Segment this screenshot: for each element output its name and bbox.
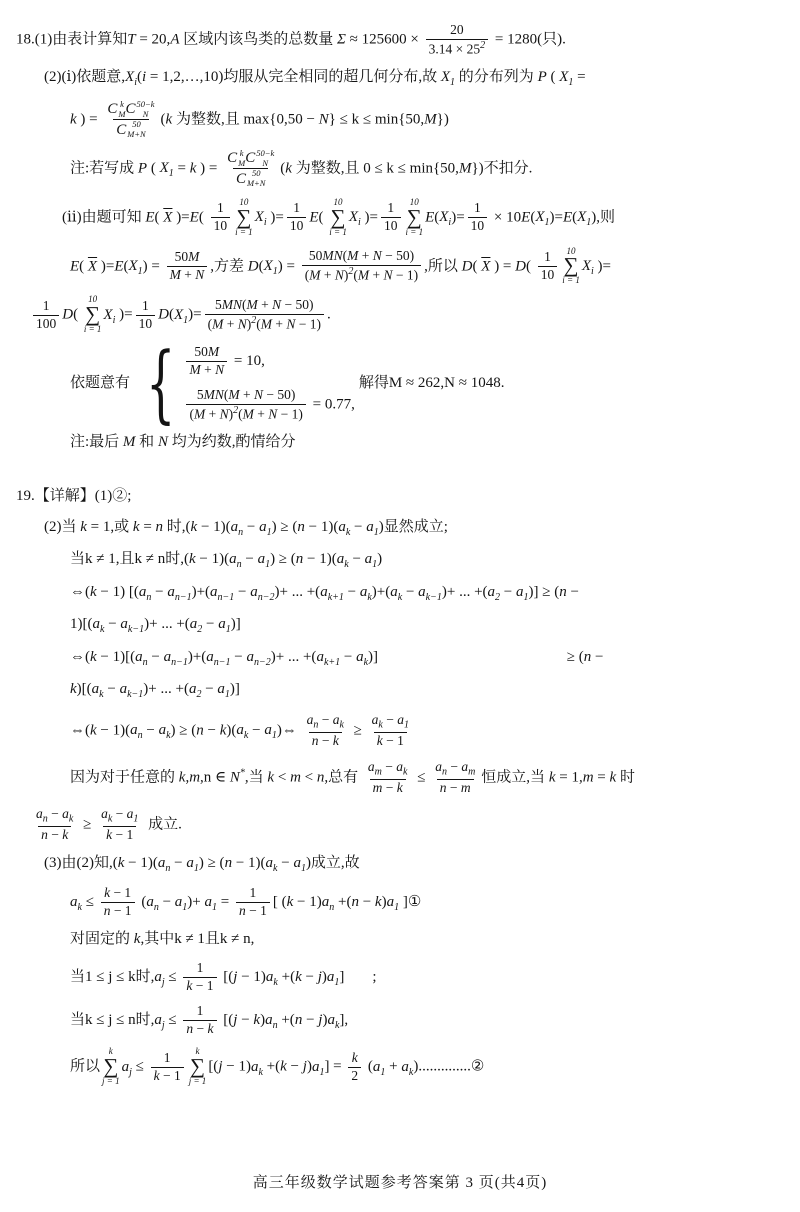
fraction-numerator: 1 bbox=[247, 885, 260, 902]
math-fraction: 1k − 1 bbox=[151, 1050, 184, 1085]
math-variable: E bbox=[521, 209, 530, 225]
math-variable: k bbox=[352, 1050, 358, 1065]
math-subscripted: ak bbox=[360, 582, 372, 606]
math-text: 1 bbox=[250, 885, 257, 900]
math-subscript: k+1 bbox=[324, 657, 340, 668]
sigma-symbol: ∑ bbox=[564, 256, 579, 276]
math-text: +( bbox=[334, 894, 351, 910]
math-text: }) bbox=[437, 111, 449, 127]
math-subscripted: an−1 bbox=[167, 582, 191, 606]
math-subscripted: an bbox=[307, 712, 319, 732]
math-text: )成立,故 bbox=[306, 855, 360, 871]
math-subscripted: ak bbox=[327, 1010, 339, 1034]
math-binomial: C50−kN bbox=[126, 100, 155, 120]
fraction-numerator: ak − a1 bbox=[369, 712, 412, 732]
math-text: 当k ≤ j ≤ n时, bbox=[70, 1012, 154, 1028]
math-variable: n bbox=[559, 584, 567, 600]
math-text: 50 bbox=[309, 248, 323, 263]
math-text: 1 bbox=[474, 200, 481, 215]
math-text: )+ ... +( bbox=[442, 584, 488, 600]
math-text: = 0.77, bbox=[309, 396, 355, 412]
math-subscript: n−2 bbox=[258, 592, 275, 603]
math-subscripted: X1 bbox=[264, 256, 278, 280]
fraction-numerator: 1 bbox=[194, 960, 207, 977]
math-text: − bbox=[201, 681, 217, 697]
math-text: + bbox=[254, 406, 268, 421]
math-subscripted: an bbox=[265, 1010, 278, 1034]
math-subscripted: an bbox=[231, 517, 244, 541]
math-variable: m bbox=[373, 780, 383, 795]
math-subscripted: ak bbox=[92, 679, 104, 703]
math-text: − bbox=[382, 780, 396, 795]
math-subscripted: a1 bbox=[387, 892, 400, 916]
fraction-denominator: 2 bbox=[348, 1067, 361, 1085]
math-binomial-indices: 50−kN bbox=[137, 100, 155, 120]
math-variable: a bbox=[266, 855, 274, 871]
fraction-denominator: n − k bbox=[183, 1020, 216, 1038]
math-subscripted: am bbox=[368, 759, 382, 779]
math-variable: M bbox=[194, 406, 205, 421]
math-subscripted: a2 bbox=[488, 582, 501, 606]
math-text: )+( bbox=[372, 584, 390, 600]
math-line-1: 18.(1)由表计算知T = 20,A 区域内该鸟类的总数量 Σ ≈ 12560… bbox=[16, 22, 790, 58]
math-text: 1 bbox=[293, 200, 300, 215]
math-text: − bbox=[277, 855, 293, 871]
math-variable: a bbox=[154, 969, 162, 985]
math-text: 1 bbox=[217, 200, 224, 215]
math-text: 注:最后 bbox=[70, 434, 123, 450]
fraction-denominator: 10 bbox=[136, 315, 156, 333]
fraction-denominator: k − 1 bbox=[151, 1067, 184, 1085]
sigma-symbol: ∑ bbox=[331, 208, 346, 228]
math-text: − 1)( bbox=[197, 519, 230, 535]
math-subscripted: Xi bbox=[582, 256, 594, 280]
math-text: − 1)( bbox=[303, 551, 336, 567]
fraction-numerator: an − ak bbox=[33, 806, 76, 826]
math-fraction: 110 bbox=[538, 249, 558, 284]
math-summation: 10∑i = 1 bbox=[562, 247, 580, 287]
math-text: 因为对于任意的 bbox=[70, 769, 179, 785]
math-text: 10 bbox=[139, 316, 153, 331]
fraction-denominator: (M + N)2(M + N − 1) bbox=[205, 314, 324, 333]
math-subscripted: an bbox=[130, 720, 143, 744]
math-variable: E bbox=[190, 209, 199, 225]
math-subscripted: am bbox=[461, 759, 475, 779]
math-text: 1 bbox=[544, 249, 551, 264]
math-fraction: ak − a1k − 1 bbox=[369, 712, 412, 750]
math-subscripted: ak bbox=[333, 712, 344, 732]
fraction-denominator: (M + N)2(M + N − 1) bbox=[302, 265, 421, 284]
math-subscripted: ak bbox=[236, 720, 248, 744]
math-variable: a bbox=[236, 722, 244, 738]
math-text: − bbox=[500, 584, 516, 600]
math-subscripted: ak bbox=[390, 582, 402, 606]
math-fraction: 1n − 1 bbox=[236, 885, 270, 920]
math-text: 1 bbox=[43, 298, 50, 313]
math-line-12: 当k ≠ 1,且k ≠ n时,(k − 1)(an − a1) ≥ (n − 1… bbox=[70, 549, 790, 573]
math-fraction: k − 1n − 1 bbox=[101, 885, 135, 920]
math-text: 对固定的 bbox=[70, 931, 134, 947]
fraction-denominator: 3.14 × 252 bbox=[426, 39, 489, 58]
math-line-6: E( X )=E(X1) = 50MM + N,方差 D(X1) = 50MN(… bbox=[70, 247, 790, 287]
math-binomial: CkM bbox=[107, 100, 125, 120]
summation-lower: i = 1 bbox=[84, 325, 102, 335]
math-text: − 50) bbox=[382, 248, 414, 263]
math-line-10: 19.【详解】(1)②; bbox=[16, 486, 790, 508]
math-fraction: 50MM + N bbox=[186, 344, 227, 379]
math-text: − bbox=[159, 894, 175, 910]
math-subscripted: Xi bbox=[125, 67, 137, 91]
math-text: 100 bbox=[36, 316, 56, 331]
math-variable: a bbox=[154, 1012, 162, 1028]
math-variable: a bbox=[93, 616, 101, 632]
fraction-denominator: k − 1 bbox=[374, 732, 407, 750]
fraction-denominator: 10 bbox=[287, 217, 307, 235]
math-variable: k bbox=[90, 584, 97, 600]
math-text: ( bbox=[364, 1059, 373, 1075]
math-text: + bbox=[369, 268, 383, 283]
math-text: − 1 bbox=[246, 903, 267, 918]
math-text: )显然成立; bbox=[379, 519, 448, 535]
math-variable: D bbox=[462, 258, 473, 274]
math-text: + bbox=[223, 316, 237, 331]
math-line-3: k ) = CkMC50−kNC50M+N(k 为整数,且 max{0,50 −… bbox=[70, 100, 790, 140]
math-variable: n bbox=[351, 894, 359, 910]
math-variable: n bbox=[196, 722, 204, 738]
fraction-numerator: 1 bbox=[471, 200, 484, 217]
math-variable: N bbox=[220, 406, 229, 421]
math-variable: C bbox=[245, 149, 255, 168]
math-text: 19.【详解】(1)②; bbox=[16, 488, 131, 504]
fraction-denominator: C50M+N bbox=[113, 119, 149, 140]
math-subscript: n−2 bbox=[254, 657, 271, 668]
math-subscripted: X1 bbox=[160, 158, 174, 182]
fraction-denominator: 10 bbox=[468, 217, 488, 235]
math-text: ( bbox=[473, 258, 482, 274]
fraction-numerator: 50M bbox=[172, 249, 203, 266]
math-variable: P bbox=[538, 69, 547, 85]
summation-lower: j = 1 bbox=[102, 1077, 120, 1087]
math-subscripted: a1 bbox=[264, 720, 277, 744]
math-text: ( bbox=[147, 160, 160, 176]
math-text: 恒成立,当 bbox=[481, 769, 549, 785]
math-text: − bbox=[243, 519, 259, 535]
math-subscripted: ak−1 bbox=[120, 614, 144, 638]
math-text: ,n ∈ bbox=[200, 769, 230, 785]
math-fraction: 110 bbox=[287, 200, 307, 235]
math-variable: N bbox=[384, 268, 393, 283]
math-text: − bbox=[340, 649, 356, 665]
math-text: 1 bbox=[197, 1003, 204, 1018]
math-text: ( bbox=[79, 258, 88, 274]
math-text: − bbox=[287, 1059, 303, 1075]
math-text: )= bbox=[267, 209, 284, 225]
fraction-numerator: 1 bbox=[161, 1050, 174, 1067]
math-variable: a bbox=[62, 806, 69, 821]
math-text: )⇔ bbox=[277, 722, 301, 738]
math-variable: n bbox=[41, 827, 48, 842]
math-text: + bbox=[201, 362, 215, 377]
math-variable: D bbox=[62, 307, 73, 323]
summation-lower: i = 1 bbox=[235, 228, 253, 238]
math-variable: N bbox=[254, 387, 263, 402]
math-variable: a bbox=[70, 894, 78, 910]
math-binomial-indices: 50M+N bbox=[127, 120, 146, 140]
math-line-19: an − akn − k ≥ ak − a1k − 1 成立. bbox=[30, 806, 790, 844]
math-text: ( bbox=[319, 209, 328, 225]
math-fraction: 5MN(M + N − 50)(M + N)2(M + N − 1) bbox=[186, 387, 305, 423]
math-text: − bbox=[447, 780, 461, 795]
math-subscripted: an bbox=[158, 853, 171, 877]
math-fraction: 1100 bbox=[33, 298, 59, 333]
math-text: − bbox=[302, 1012, 318, 1028]
math-subscript: m bbox=[468, 766, 475, 777]
math-variable: a bbox=[397, 712, 404, 727]
math-text: ⇔( bbox=[70, 649, 90, 665]
math-variable: D bbox=[158, 307, 169, 323]
math-summation: 10∑i = 1 bbox=[406, 198, 424, 238]
math-text: } ≤ k ≤ min{50, bbox=[329, 111, 424, 127]
math-variable: m bbox=[290, 769, 301, 785]
math-subscripted: an−1 bbox=[210, 582, 234, 606]
math-text: ≥ bbox=[350, 722, 366, 738]
math-text: − bbox=[344, 584, 360, 600]
math-subscripted: ak+1 bbox=[320, 582, 344, 606]
math-subscripted: ak bbox=[101, 806, 112, 826]
math-text: )+ ... +( bbox=[271, 649, 317, 665]
fraction-denominator: M + N bbox=[186, 361, 227, 379]
sigma-symbol: ∑ bbox=[407, 208, 422, 228]
math-text: − 1) bbox=[393, 268, 419, 283]
math-text: ) ≥ ( bbox=[199, 855, 225, 871]
math-fraction: 50MM + N bbox=[167, 249, 208, 284]
math-text: ,总有 bbox=[324, 769, 362, 785]
fraction-denominator: 10 bbox=[211, 217, 231, 235]
math-fraction: 110 bbox=[136, 298, 156, 333]
math-subscripted: an bbox=[322, 892, 335, 916]
math-text: − bbox=[170, 855, 186, 871]
math-variable: E bbox=[563, 209, 572, 225]
math-text: ) = bbox=[77, 111, 102, 127]
math-subscript: k bbox=[339, 719, 343, 730]
math-text: = 10, bbox=[230, 353, 265, 369]
math-variable: N bbox=[286, 316, 295, 331]
math-text: 18.(1)由表计算知 bbox=[16, 32, 127, 48]
math-text: − bbox=[143, 722, 159, 738]
math-text: 3.14 × bbox=[429, 41, 467, 56]
math-binomial-indices: 50−kN bbox=[256, 149, 274, 169]
math-subscripted: ak−1 bbox=[418, 582, 442, 606]
math-text: )] ≥ ( bbox=[529, 584, 560, 600]
math-subscripted: a1 bbox=[365, 549, 378, 573]
math-variable: E bbox=[309, 209, 318, 225]
math-subscripted: a1 bbox=[175, 892, 188, 916]
math-subscript: N bbox=[256, 159, 274, 169]
math-variable: a bbox=[210, 584, 218, 600]
math-text: − bbox=[202, 616, 218, 632]
math-subscript: k+1 bbox=[328, 592, 344, 603]
math-text: ) = bbox=[196, 160, 221, 176]
fraction-numerator: k bbox=[349, 1050, 361, 1067]
math-variable: MN bbox=[222, 297, 242, 312]
math-variable: a bbox=[435, 759, 442, 774]
math-text: )] bbox=[230, 681, 240, 697]
math-variable: k bbox=[90, 722, 97, 738]
math-variable: k bbox=[208, 1021, 214, 1036]
fraction-numerator: 5MN(M + N − 50) bbox=[194, 387, 299, 404]
math-subscript: k bbox=[69, 813, 73, 824]
math-text: = 1, bbox=[555, 769, 582, 785]
math-text: − 50) bbox=[281, 297, 313, 312]
math-line-7: 1100D( 10∑i = 1Xi )=110D(X1)=5MN(M + N −… bbox=[30, 295, 790, 335]
math-text: 区域内该鸟类的总数量 bbox=[179, 32, 337, 48]
math-text: 5 bbox=[197, 387, 204, 402]
math-text: − 1)( bbox=[196, 551, 229, 567]
math-text: − bbox=[318, 712, 332, 727]
math-subscripted: a2 bbox=[189, 679, 202, 703]
fraction-numerator: 50MN(M + N − 50) bbox=[306, 248, 417, 265]
math-text: 为整数,且 0 ≤ k ≤ min{50, bbox=[292, 160, 459, 176]
math-subscripted: X1 bbox=[128, 256, 142, 280]
math-text: ≤ bbox=[165, 1012, 181, 1028]
math-text: − 1)( bbox=[305, 519, 338, 535]
math-variable: M bbox=[358, 268, 369, 283]
math-subscript: k−1 bbox=[127, 689, 143, 700]
math-text: [( bbox=[220, 969, 234, 985]
math-text: 1 bbox=[387, 200, 394, 215]
math-text: 50 bbox=[175, 249, 189, 264]
math-text: )= bbox=[97, 258, 114, 274]
math-subscripted: ak bbox=[356, 647, 368, 671]
math-variable: a bbox=[164, 649, 172, 665]
math-text: + bbox=[358, 248, 372, 263]
math-text: − bbox=[383, 712, 397, 727]
math-variable: M bbox=[309, 268, 320, 283]
math-binomial: C50M+N bbox=[236, 169, 266, 189]
math-line-23: 当1 ≤ j ≤ k时,aj ≤ 1k − 1 [(j − 1)ak +(k −… bbox=[70, 960, 790, 995]
math-variable: k bbox=[285, 160, 292, 176]
math-text: 均为约数,酌情给分 bbox=[168, 434, 296, 450]
math-text: = bbox=[174, 160, 190, 176]
math-text: ) = bbox=[490, 258, 515, 274]
math-subscripted: an−2 bbox=[250, 582, 274, 606]
math-variable: M bbox=[208, 344, 219, 359]
fraction-numerator: 20 bbox=[447, 22, 467, 39]
math-variable: k bbox=[62, 827, 68, 842]
math-variable: a bbox=[36, 806, 43, 821]
math-text: 为整数,且 max{0,50 − bbox=[172, 111, 319, 127]
math-text: − 1)( bbox=[97, 722, 130, 738]
math-subscript: 1 bbox=[404, 719, 409, 730]
math-overline: X bbox=[88, 258, 97, 274]
math-subscripted: aj bbox=[154, 1010, 164, 1034]
math-variable: D bbox=[248, 258, 259, 274]
math-variable: a bbox=[390, 584, 398, 600]
math-text: − bbox=[349, 551, 365, 567]
math-variable: n bbox=[225, 855, 233, 871]
left-brace: { bbox=[146, 346, 175, 422]
math-variable: k bbox=[397, 780, 403, 795]
math-text: − bbox=[148, 649, 164, 665]
math-subscripted: an−2 bbox=[247, 647, 271, 671]
math-subscripted: ak−1 bbox=[120, 679, 144, 703]
math-text: − bbox=[104, 681, 120, 697]
math-variable: C bbox=[107, 100, 117, 119]
math-subscript: k−1 bbox=[128, 624, 144, 635]
math-text: (2)(ⅰ)依题意, bbox=[44, 69, 125, 85]
math-variable: M bbox=[212, 316, 223, 331]
math-text: − bbox=[104, 616, 120, 632]
math-text: = bbox=[573, 69, 585, 85]
math-binomial: CkM bbox=[227, 149, 245, 169]
math-variable: P bbox=[138, 160, 147, 176]
fraction-denominator: k − 1 bbox=[103, 826, 136, 844]
math-text: )..............② bbox=[413, 1059, 484, 1075]
math-text: − 1)( bbox=[124, 855, 157, 871]
math-text: ( bbox=[526, 258, 535, 274]
math-line-8: 依题意有{50MM + N = 10,5MN(M + N − 50)(M + N… bbox=[70, 344, 790, 423]
math-text: +( bbox=[278, 969, 295, 985]
math-variable: a bbox=[264, 722, 272, 738]
math-text: − 1 bbox=[160, 1068, 181, 1083]
math-text: )] bbox=[231, 616, 241, 632]
fraction-numerator: 1 bbox=[384, 200, 397, 217]
math-variable: M bbox=[424, 111, 437, 127]
math-variable: a bbox=[368, 759, 375, 774]
fraction-denominator: n − k bbox=[309, 732, 342, 750]
math-variable: N bbox=[158, 434, 168, 450]
math-text: + bbox=[205, 406, 219, 421]
math-text: )+ ... +( bbox=[144, 616, 190, 632]
sigma-symbol: ∑ bbox=[85, 305, 100, 325]
summation-lower: i = 1 bbox=[329, 228, 347, 238]
math-variable: a bbox=[259, 519, 267, 535]
math-variable: a bbox=[327, 1012, 335, 1028]
math-text: )+( bbox=[188, 649, 206, 665]
math-text: + bbox=[258, 297, 272, 312]
math-subscripted: Xi bbox=[103, 305, 115, 329]
math-line-2: (2)(ⅰ)依题意,Xi(i = 1,2,…,10)均服从完全相同的超几何分布,… bbox=[44, 67, 790, 91]
math-subscripted: an bbox=[36, 806, 48, 826]
math-text: − bbox=[447, 759, 461, 774]
math-line-15: ⇔(k − 1)[(an − an−1)+(an−1 − an−2)+ ... … bbox=[70, 647, 790, 671]
math-subscripted: ak bbox=[70, 892, 82, 916]
math-text: 10 bbox=[541, 267, 555, 282]
math-variable: X bbox=[255, 209, 264, 225]
math-text: − 1) bbox=[237, 969, 265, 985]
math-line-5: (ⅱ)由题可知 E( X )=E( 11010∑i = 1Xi )=110E( … bbox=[62, 198, 790, 238]
math-binomial: C50−kN bbox=[245, 149, 274, 169]
math-fraction: an − akn − k bbox=[304, 712, 347, 750]
math-subscripted: a1 bbox=[397, 712, 409, 732]
math-variable: M bbox=[347, 248, 358, 263]
math-variable: a bbox=[387, 894, 395, 910]
math-text: )= bbox=[361, 209, 378, 225]
math-text: − 1) bbox=[293, 894, 321, 910]
math-summation: 10∑i = 1 bbox=[235, 198, 253, 238]
math-variable: E bbox=[70, 258, 79, 274]
math-subscripted: a1 bbox=[327, 967, 340, 991]
math-subscripted: X1 bbox=[559, 67, 573, 91]
math-binomial: C50M+N bbox=[116, 120, 146, 140]
math-variable: MN bbox=[322, 248, 342, 263]
math-line-11: (2)当 k = 1,或 k = n 时,(k − 1)(an − a1) ≥ … bbox=[44, 517, 790, 541]
math-subscripted: aj bbox=[122, 1057, 132, 1081]
math-text: − 1 bbox=[110, 885, 131, 900]
fraction-numerator: 1 bbox=[139, 298, 152, 315]
fraction-numerator: 1 bbox=[194, 1003, 207, 1020]
math-variable: X bbox=[577, 209, 586, 225]
